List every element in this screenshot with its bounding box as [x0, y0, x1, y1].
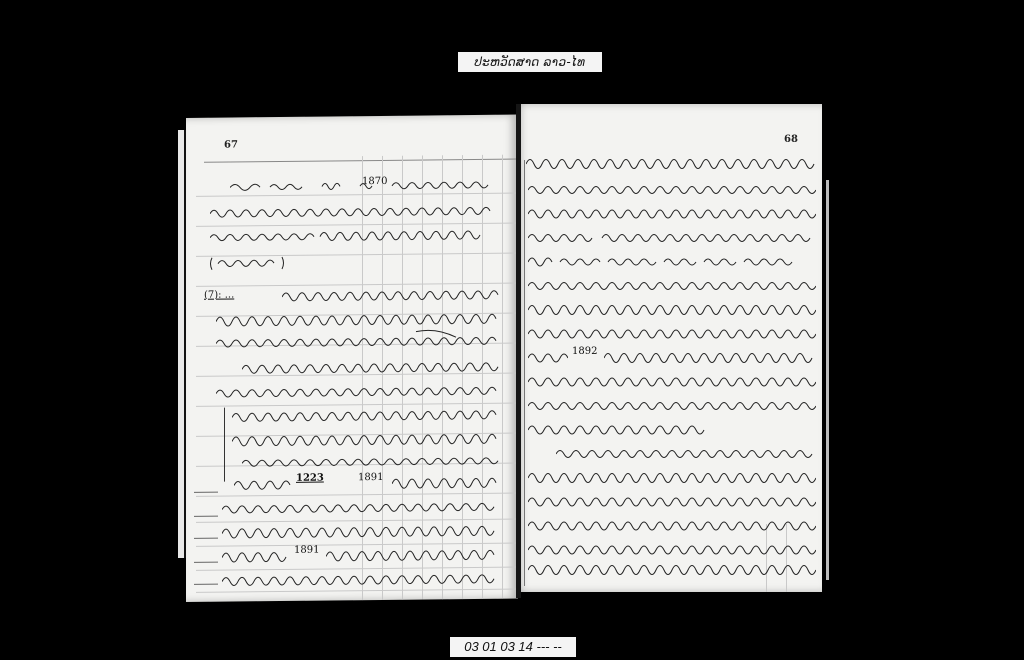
margin-rule [194, 516, 218, 517]
grid-line [502, 155, 503, 599]
handwritten-line [528, 296, 816, 318]
margin-rule [194, 584, 218, 585]
handwritten-line [234, 471, 294, 494]
margin-arrow [224, 408, 225, 482]
handwritten-line [528, 536, 816, 558]
margin-rule [194, 538, 218, 539]
handwritten-line [528, 392, 816, 414]
left-page-number: 67 [224, 139, 238, 150]
margin-rule [194, 492, 218, 493]
handwritten-line [528, 272, 816, 294]
right-page: 68 1892 [516, 104, 822, 592]
handwritten-line [222, 517, 500, 542]
handwritten-line [216, 305, 500, 330]
handwritten-line [528, 488, 816, 510]
handwritten-line [222, 493, 500, 518]
page-stack-edge [826, 180, 829, 580]
handwritten-line [222, 543, 292, 566]
struck-numeral: 1223 [296, 473, 324, 484]
section-marker: (7): ... [204, 289, 234, 300]
date-numeral: 1870 [362, 176, 387, 187]
handwritten-line [392, 469, 500, 492]
date-numeral: 1892 [572, 346, 597, 357]
right-page-number: 68 [784, 134, 798, 145]
handwritten-line [242, 447, 500, 472]
archive-reference-label: 03 01 03 14 --- -- [450, 637, 576, 657]
handwritten-line [526, 150, 816, 172]
margin-line [524, 160, 525, 586]
handwritten-line [222, 565, 500, 590]
handwritten-line [326, 541, 500, 565]
handwritten-line [210, 221, 500, 246]
handwritten-line [216, 327, 500, 352]
handwritten-line [604, 344, 816, 366]
handwritten-line [210, 249, 290, 272]
handwritten-line [528, 512, 816, 534]
handwritten-line [528, 320, 816, 342]
handwritten-line [232, 401, 500, 426]
handwritten-line [528, 556, 816, 578]
handwritten-line [528, 176, 816, 198]
handwritten-line [556, 440, 816, 462]
handwritten-line [528, 344, 568, 366]
date-numeral: 1891 [294, 545, 319, 556]
book-spine [516, 104, 521, 598]
handwritten-line [528, 464, 816, 486]
handwritten-line [210, 197, 500, 222]
handwritten-line [528, 200, 816, 222]
date-numeral: 1891 [358, 472, 383, 483]
margin-rule [194, 562, 218, 563]
handwritten-line [216, 377, 500, 402]
handwritten-line [528, 248, 816, 270]
handwritten-line [528, 416, 708, 438]
header-rule [204, 159, 518, 163]
handwritten-line [232, 425, 500, 450]
left-page: 67 1870 [186, 115, 518, 602]
handwritten-line [528, 224, 816, 246]
open-book: 67 1870 [0, 0, 1024, 660]
book-back-edge [178, 130, 186, 558]
handwritten-line [242, 353, 500, 378]
handwritten-line [282, 281, 500, 305]
handwritten-line [528, 368, 816, 390]
